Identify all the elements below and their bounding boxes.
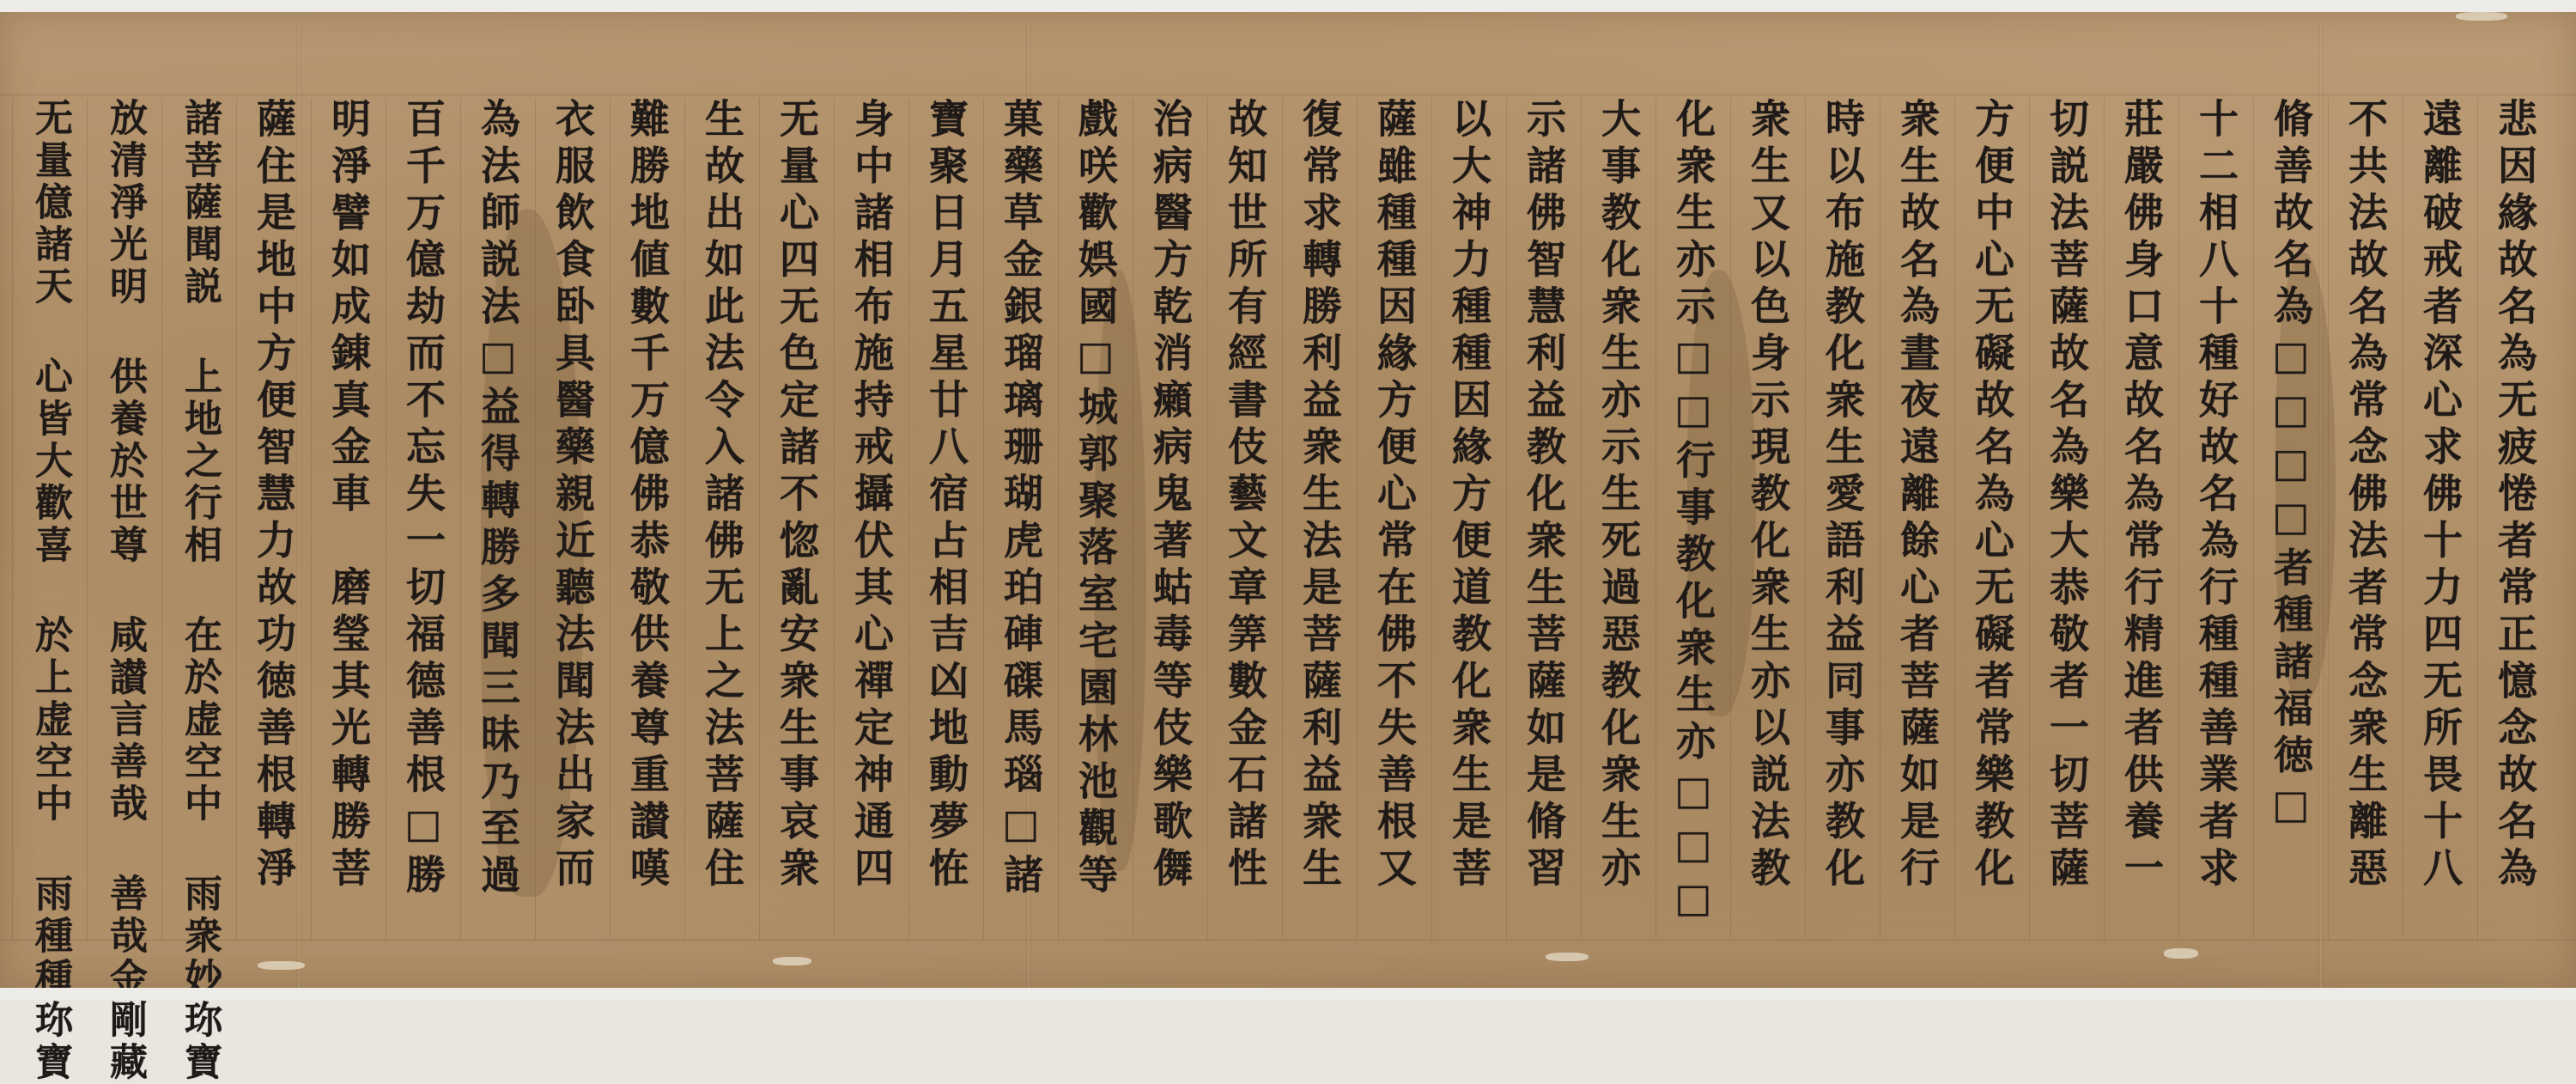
column-text: 治病醫方乾消癩病鬼著蛄毒等伎樂歌儛 xyxy=(1151,98,1190,940)
scroll-bottom-margin xyxy=(0,988,2576,1000)
text-column-3: 不共法故名為常念佛法者常念衆生離惡 xyxy=(2328,98,2403,940)
column-text: 百千万億劫而不忘失一切福德善根□勝 xyxy=(404,98,443,940)
text-column-2: 遠離破戒者深心求佛十力四无所畏十八 xyxy=(2403,98,2477,940)
column-text: 戲咲歡娯國□城郭聚落室宅園林池觀等 xyxy=(1076,98,1115,940)
text-column-31: 薩住是地中方便智慧力故功徳善根轉淨 xyxy=(236,98,311,940)
verse-column-4: 光明相綺錯 微妙甚可樂 香華諸瓔珞 幡盖散佛上 xyxy=(0,98,12,940)
column-text: 薩雖種種因緣方便心常在佛不失善根又 xyxy=(1375,98,1414,940)
column-text: 難勝地値數千万億佛恭敬供養尊重讃嘆 xyxy=(628,98,667,940)
verse-text: 无量億諸天 心皆大歡喜 於上虚空中 雨種種珎寶 xyxy=(31,98,69,940)
text-column-16: 薩雖種種因緣方便心常在佛不失善根又 xyxy=(1357,98,1431,940)
verse-text: 諸菩薩聞説 上地之行相 在於虚空中 雨衆妙珎寶 xyxy=(180,98,218,940)
column-text: 薩住是地中方便智慧力故功徳善根轉淨 xyxy=(254,98,294,940)
verse-text: 放清淨光明 供養於世尊 咸讃言善哉 善哉金剛藏 xyxy=(106,98,143,940)
column-text: 化衆生亦示□□行事教化衆生亦□□□ xyxy=(1674,98,1713,940)
column-text: 明淨譬如成錬真金車𤦲磨瑩其光轉勝菩 xyxy=(329,98,368,940)
text-column-29: 百千万億劫而不忘失一切福德善根□勝 xyxy=(386,98,460,940)
text-column-18: 故知世所有經書伎藝文章筭數金石諸性 xyxy=(1207,98,1282,940)
column-text: 復常求轉勝利益衆生法是菩薩利益衆生 xyxy=(1300,98,1340,940)
text-column-17: 復常求轉勝利益衆生法是菩薩利益衆生 xyxy=(1282,98,1357,940)
column-text: 衆生又以色身示現教化衆生亦以説法教 xyxy=(1748,98,1788,940)
text-column-22: 寶聚日月五星廿八宿占相吉凶地動夢恠 xyxy=(908,98,983,940)
text-column-28: 為法師説法□益得轉勝多聞三昧乃至過 xyxy=(460,98,535,940)
text-column-23: 身中諸相布施持戒攝伏其心禪定神通四 xyxy=(834,98,908,940)
text-column-25: 生故出如此法令入諸佛无上之法菩薩住 xyxy=(684,98,759,940)
text-column-30: 明淨譬如成錬真金車𤦲磨瑩其光轉勝菩 xyxy=(311,98,386,940)
text-column-24: 无量心四无色定諸不惚亂安衆生事哀衆 xyxy=(759,98,834,940)
column-text: 衣服飲食卧具醫藥親近聽法聞法出家而 xyxy=(553,98,592,940)
column-text: 時以布施教化衆生愛語利益同事亦教化 xyxy=(1823,98,1862,940)
text-column-1: 悲因緣故名為无疲惓者常正憶念故名為 xyxy=(2477,98,2552,940)
worm-damage xyxy=(773,957,811,965)
text-column-7: 切説法菩薩故名為樂大恭敬者一切菩薩 xyxy=(2029,98,2104,940)
column-text: 菓藥草金銀瑠璃珊瑚虎珀硨磲馬瑙□諸 xyxy=(1001,98,1041,940)
text-column-27: 衣服飲食卧具醫藥親近聽法聞法出家而 xyxy=(535,98,610,940)
column-text: 切説法菩薩故名為樂大恭敬者一切菩薩 xyxy=(2047,98,2087,940)
column-text: 故知世所有經書伎藝文章筭數金石諸性 xyxy=(1225,98,1265,940)
text-column-15: 以大神力種種因緣方便道教化衆生是菩 xyxy=(1431,98,1506,940)
column-text: 十二相八十種好故名為行種種善業者求 xyxy=(2196,98,2236,940)
text-column-5: 十二相八十種好故名為行種種善業者求 xyxy=(2178,98,2253,940)
lower-rule-line xyxy=(0,940,2576,941)
column-text: 无量心四无色定諸不惚亂安衆生事哀衆 xyxy=(777,98,817,940)
column-text: 方便中心无礙故名為心无礙者常樂教化 xyxy=(1972,98,2012,940)
text-column-10: 時以布施教化衆生愛語利益同事亦教化 xyxy=(1805,98,1880,940)
text-column-21: 菓藥草金銀瑠璃珊瑚虎珀硨磲馬瑙□諸 xyxy=(983,98,1058,940)
worm-damage xyxy=(258,961,305,970)
manuscript-scroll: 悲因緣故名為无疲惓者常正憶念故名為 遠離破戒者深心求佛十力四无所畏十八 不共法故… xyxy=(0,12,2576,988)
worm-damage xyxy=(2456,12,2507,21)
scroll-top-margin xyxy=(0,0,2576,12)
column-text: 脩善故名為□□□□者種諸福徳□ xyxy=(2271,98,2311,940)
text-column-13: 大事教化衆生亦示生死過惡教化衆生亦 xyxy=(1581,98,1656,940)
verse-column-2: 放清淨光明 供養於世尊 咸讃言善哉 善哉金剛藏 xyxy=(87,98,161,940)
column-text: 悲因緣故名為无疲惓者常正憶念故名為 xyxy=(2495,98,2535,940)
text-column-12: 化衆生亦示□□行事教化衆生亦□□□ xyxy=(1656,98,1730,940)
column-text: 莊嚴佛身口意故名為常行精進者供養一 xyxy=(2122,98,2161,940)
text-column-9: 衆生故名為晝夜遠離餘心者菩薩如是行 xyxy=(1880,98,1954,940)
worm-damage xyxy=(2164,948,2198,959)
verse-column-1: 諸菩薩聞説 上地之行相 在於虚空中 雨衆妙珎寶 xyxy=(161,98,236,940)
text-columns: 悲因緣故名為无疲惓者常正憶念故名為 遠離破戒者深心求佛十力四无所畏十八 不共法故… xyxy=(0,98,2552,940)
worm-damage xyxy=(1546,953,1589,961)
text-column-26: 難勝地値數千万億佛恭敬供養尊重讃嘆 xyxy=(610,98,684,940)
column-text: 身中諸相布施持戒攝伏其心禪定神通四 xyxy=(852,98,891,940)
column-text: 衆生故名為晝夜遠離餘心者菩薩如是行 xyxy=(1898,98,1937,940)
column-text: 大事教化衆生亦示生死過惡教化衆生亦 xyxy=(1599,98,1638,940)
upper-rule-line xyxy=(0,94,2576,95)
text-column-6: 莊嚴佛身口意故名為常行精進者供養一 xyxy=(2104,98,2178,940)
text-column-8: 方便中心无礙故名為心无礙者常樂教化 xyxy=(1954,98,2029,940)
text-column-19: 治病醫方乾消癩病鬼著蛄毒等伎樂歌儛 xyxy=(1133,98,1207,940)
column-text: 寶聚日月五星廿八宿占相吉凶地動夢恠 xyxy=(927,98,966,940)
column-text: 以大神力種種因緣方便道教化衆生是菩 xyxy=(1449,98,1489,940)
text-column-4: 脩善故名為□□□□者種諸福徳□ xyxy=(2253,98,2328,940)
text-column-14: 示諸佛智慧利益教化衆生菩薩如是脩習 xyxy=(1506,98,1581,940)
column-text: 示諸佛智慧利益教化衆生菩薩如是脩習 xyxy=(1524,98,1564,940)
column-text: 不共法故名為常念佛法者常念衆生離惡 xyxy=(2346,98,2385,940)
verse-column-3: 无量億諸天 心皆大歡喜 於上虚空中 雨種種珎寶 xyxy=(12,98,87,940)
text-column-20: 戲咲歡娯國□城郭聚落室宅園林池觀等 xyxy=(1058,98,1133,940)
text-column-11: 衆生又以色身示現教化衆生亦以説法教 xyxy=(1730,98,1805,940)
column-text: 生故出如此法令入諸佛无上之法菩薩住 xyxy=(702,98,742,940)
column-text: 為法師説法□益得轉勝多聞三昧乃至過 xyxy=(478,98,518,940)
column-text: 遠離破戒者深心求佛十力四无所畏十八 xyxy=(2421,98,2460,940)
